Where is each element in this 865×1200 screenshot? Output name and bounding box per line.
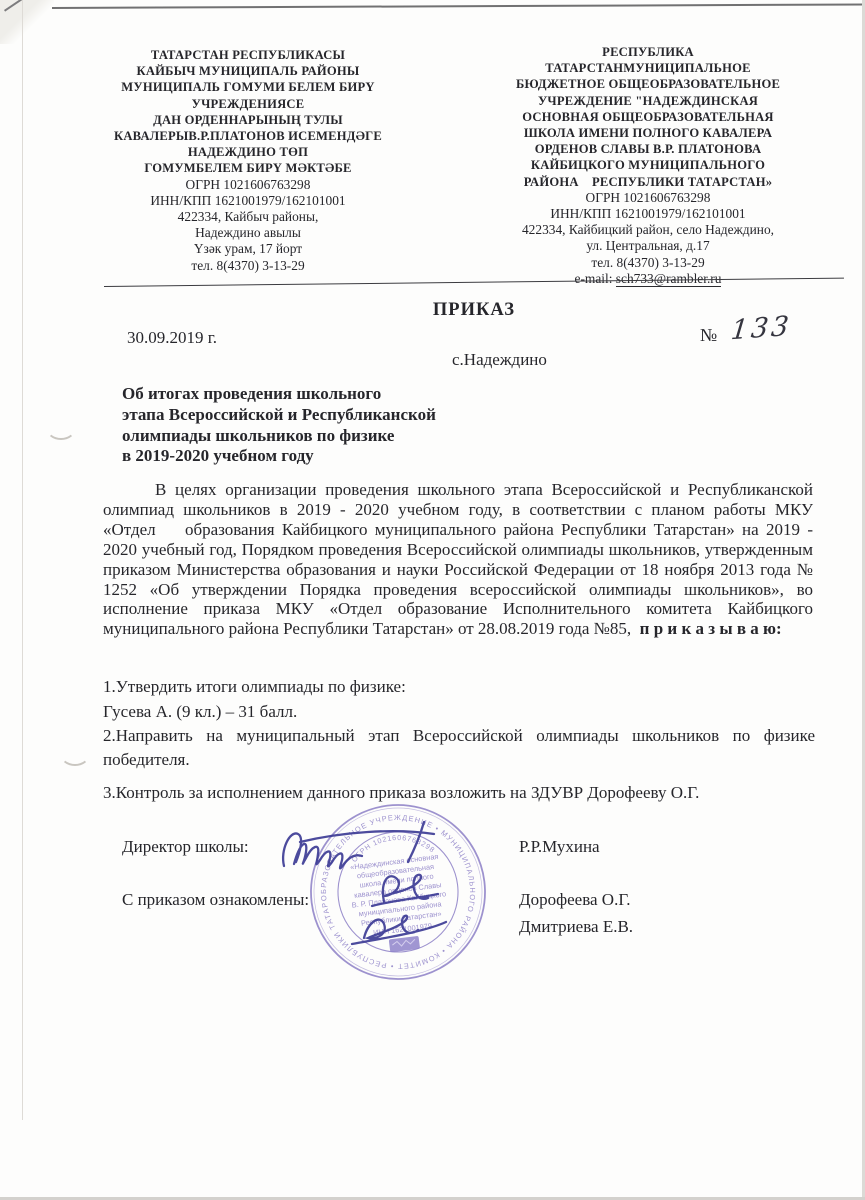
inn-kpp-number: ИНН/КПП 1621001979/162101001 xyxy=(88,193,408,209)
director-name: Р.Р.Мухина xyxy=(519,837,600,857)
letterhead-line: МУНИЦИПАЛЬ ГОМУМИ БЕЛЕМ БИРҮ xyxy=(88,79,408,95)
order-command-colon: : xyxy=(776,619,782,638)
letterhead-line: КАЙБИЦКОГО МУНИЦИПАЛЬНОГО xyxy=(448,157,848,173)
scan-left-crease xyxy=(22,0,23,1120)
letterhead-line: ТАТАРСТАНМУНИЦИПАЛЬНОЕ xyxy=(448,60,848,76)
hole-punch-mark xyxy=(46,416,76,440)
letterhead-line: РЕСПУБЛИКА xyxy=(448,44,848,60)
ack-signature-1 xyxy=(372,875,438,906)
inn-kpp-number: ИНН/КПП 1621001979/162101001 xyxy=(448,206,848,222)
address-line: Надеждино авылы xyxy=(88,225,408,241)
order-date: 30.09.2019 г. xyxy=(127,328,217,348)
email-label: e-mail: xyxy=(575,271,616,286)
letterhead-line: РАЙОНА РЕСПУБЛИКИ ТАТАРСТАН» xyxy=(448,174,848,190)
order-place: с.Надеждино xyxy=(452,350,547,370)
phone-line: тел. 8(4370) 3-13-29 xyxy=(88,258,408,274)
subject-line: в 2019-2020 учебном году xyxy=(122,446,542,467)
scanned-order-document: ТАТАРСТАН РЕСПУБЛИКАСЫ КАЙБЫЧ МУНИЦИПАЛЬ… xyxy=(0,0,865,1200)
ack-signature-2 xyxy=(352,916,446,944)
address-line: ул. Центральная, д.17 xyxy=(448,238,848,254)
subject-line: этапа Всероссийской и Республиканской xyxy=(122,405,542,426)
director-label: Директор школы: xyxy=(122,837,249,857)
letterhead-tatar: ТАТАРСТАН РЕСПУБЛИКАСЫ КАЙБЫЧ МУНИЦИПАЛЬ… xyxy=(88,47,408,274)
phone-line: тел. 8(4370) 3-13-29 xyxy=(448,255,848,271)
acknowledged-name-2: Дмитриева Е.В. xyxy=(519,917,633,937)
letterhead-line: ОРДЕНОВ СЛАВЫ В.Р. ПЛАТОНОВА xyxy=(448,141,848,157)
subject-line: олимпиады школьников по физике xyxy=(122,426,542,447)
letterhead-line: ОСНОВНАЯ ОБЩЕОБРАЗОВАТЕЛЬНАЯ xyxy=(448,109,848,125)
address-line: 422334, Кайбыч районы, xyxy=(88,209,408,225)
letterhead-line: ГОМУМБЕЛЕМ БИРҮ МӘКТӘБЕ xyxy=(88,160,408,176)
letterhead-line: ТАТАРСТАН РЕСПУБЛИКАСЫ xyxy=(88,47,408,63)
letterhead-line: УЧРЕЖДЕНИЯСЕ xyxy=(88,96,408,112)
order-item-2: 2.Направить на муниципальный этап Всерос… xyxy=(103,724,815,772)
letterhead-line: ШКОЛА ИМЕНИ ПОЛНОГО КАВАЛЕРА xyxy=(448,125,848,141)
order-body-paragraph: В целях организации проведения школьного… xyxy=(103,480,813,639)
hole-punch-mark xyxy=(60,742,90,766)
order-number-label: № xyxy=(700,325,717,346)
letterhead-russian: РЕСПУБЛИКА ТАТАРСТАНМУНИЦИПАЛЬНОЕ БЮДЖЕТ… xyxy=(448,44,848,287)
olympiad-result-line: Гусева А. (9 кл.) – 31 балл. xyxy=(103,700,815,724)
letterhead-line: КАВАЛЕРЫВ.Р.ПЛАТОНОВ ИСЕМЕНДӘГЕ xyxy=(88,128,408,144)
order-item-1: 1.Утвердить итоги олимпиады по физике: xyxy=(103,675,815,699)
address-line: 422334, Кайбицкий район, село Надеждино, xyxy=(448,222,848,238)
body-text: В целях организации проведения школьного… xyxy=(103,480,813,638)
address-line: Үзәк урам, 17 йорт xyxy=(88,241,408,257)
ogrn-number: ОГРН 1021606763298 xyxy=(88,177,408,193)
letterhead-line: ДАН ОРДЕННАРЫНЫҢ ТУЛЫ xyxy=(88,112,408,128)
scan-top-edge xyxy=(52,3,865,9)
director-signature-flourish xyxy=(300,822,434,862)
handwritten-signatures xyxy=(272,812,492,962)
letterhead-line: БЮДЖЕТНОЕ ОБЩЕОБРАЗОВАТЕЛЬНОЕ xyxy=(448,76,848,92)
acknowledged-name-1: Дорофеева О.Г. xyxy=(519,890,631,910)
ogrn-number: ОГРН 1021606763298 xyxy=(448,190,848,206)
order-command-word: п р и к а з ы в а ю xyxy=(640,619,776,638)
subject-line: Об итогах проведения школьного xyxy=(122,384,542,405)
order-subject: Об итогах проведения школьного этапа Все… xyxy=(122,384,542,467)
letterhead-line: КАЙБЫЧ МУНИЦИПАЛЬ РАЙОНЫ xyxy=(88,63,408,79)
director-signature xyxy=(283,833,362,868)
letterhead-line: НАДЕЖДИНО ТӨП xyxy=(88,144,408,160)
letterhead-line: УЧРЕЖДЕНИЕ "НАДЕЖДИНСКАЯ xyxy=(448,93,848,109)
order-number-handwritten: 133 xyxy=(729,311,793,347)
